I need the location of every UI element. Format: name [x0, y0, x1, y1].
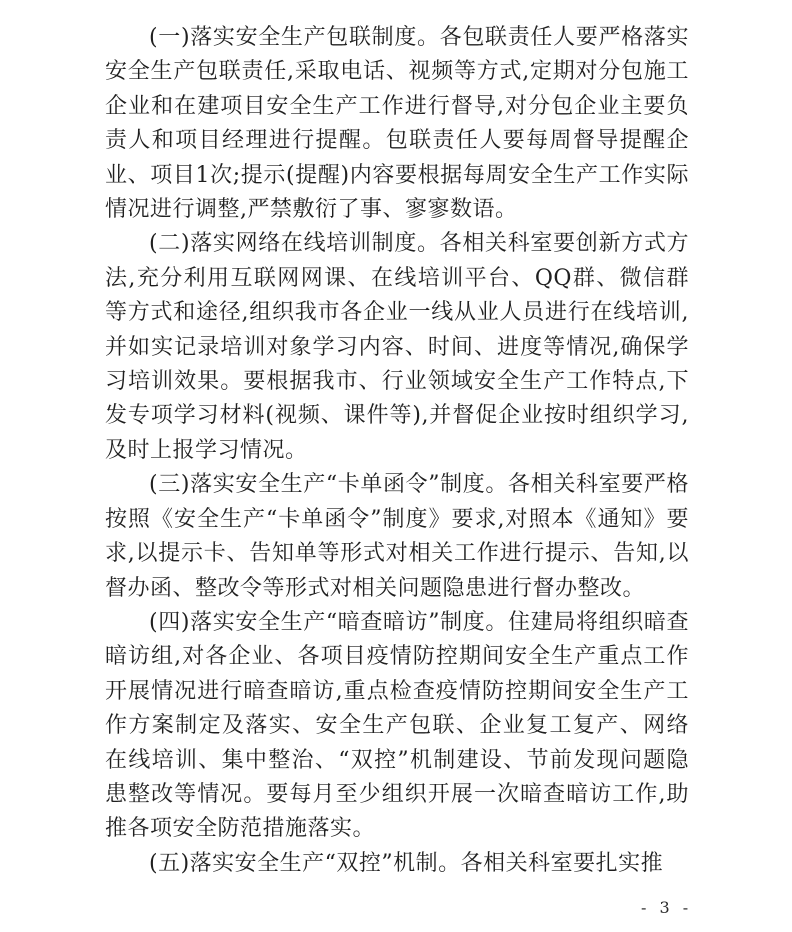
paragraph-2: (二)落实网络在线培训制度。各相关科室要创新方式方法,充分利用互联网网课、在线培…	[105, 227, 689, 468]
document-page: (一)落实安全生产包联制度。各包联责任人要严格落实安全生产包联责任,采取电话、视…	[0, 0, 792, 932]
paragraph-4: (四)落实安全生产“暗查暗访”制度。住建局将组织暗查暗访组,对各企业、各项目疫情…	[105, 606, 689, 847]
page-number: - 3 -	[641, 898, 692, 917]
paragraph-1: (一)落实安全生产包联制度。各包联责任人要严格落实安全生产包联责任,采取电话、视…	[105, 21, 689, 227]
document-body: (一)落实安全生产包联制度。各包联责任人要严格落实安全生产包联责任,采取电话、视…	[105, 21, 689, 881]
paragraph-5: (五)落实安全生产“双控”机制。各相关科室要扎实推	[105, 847, 689, 881]
paragraph-3: (三)落实安全生产“卡单函令”制度。各相关科室要严格按照《安全生产“卡单函令”制…	[105, 468, 689, 606]
